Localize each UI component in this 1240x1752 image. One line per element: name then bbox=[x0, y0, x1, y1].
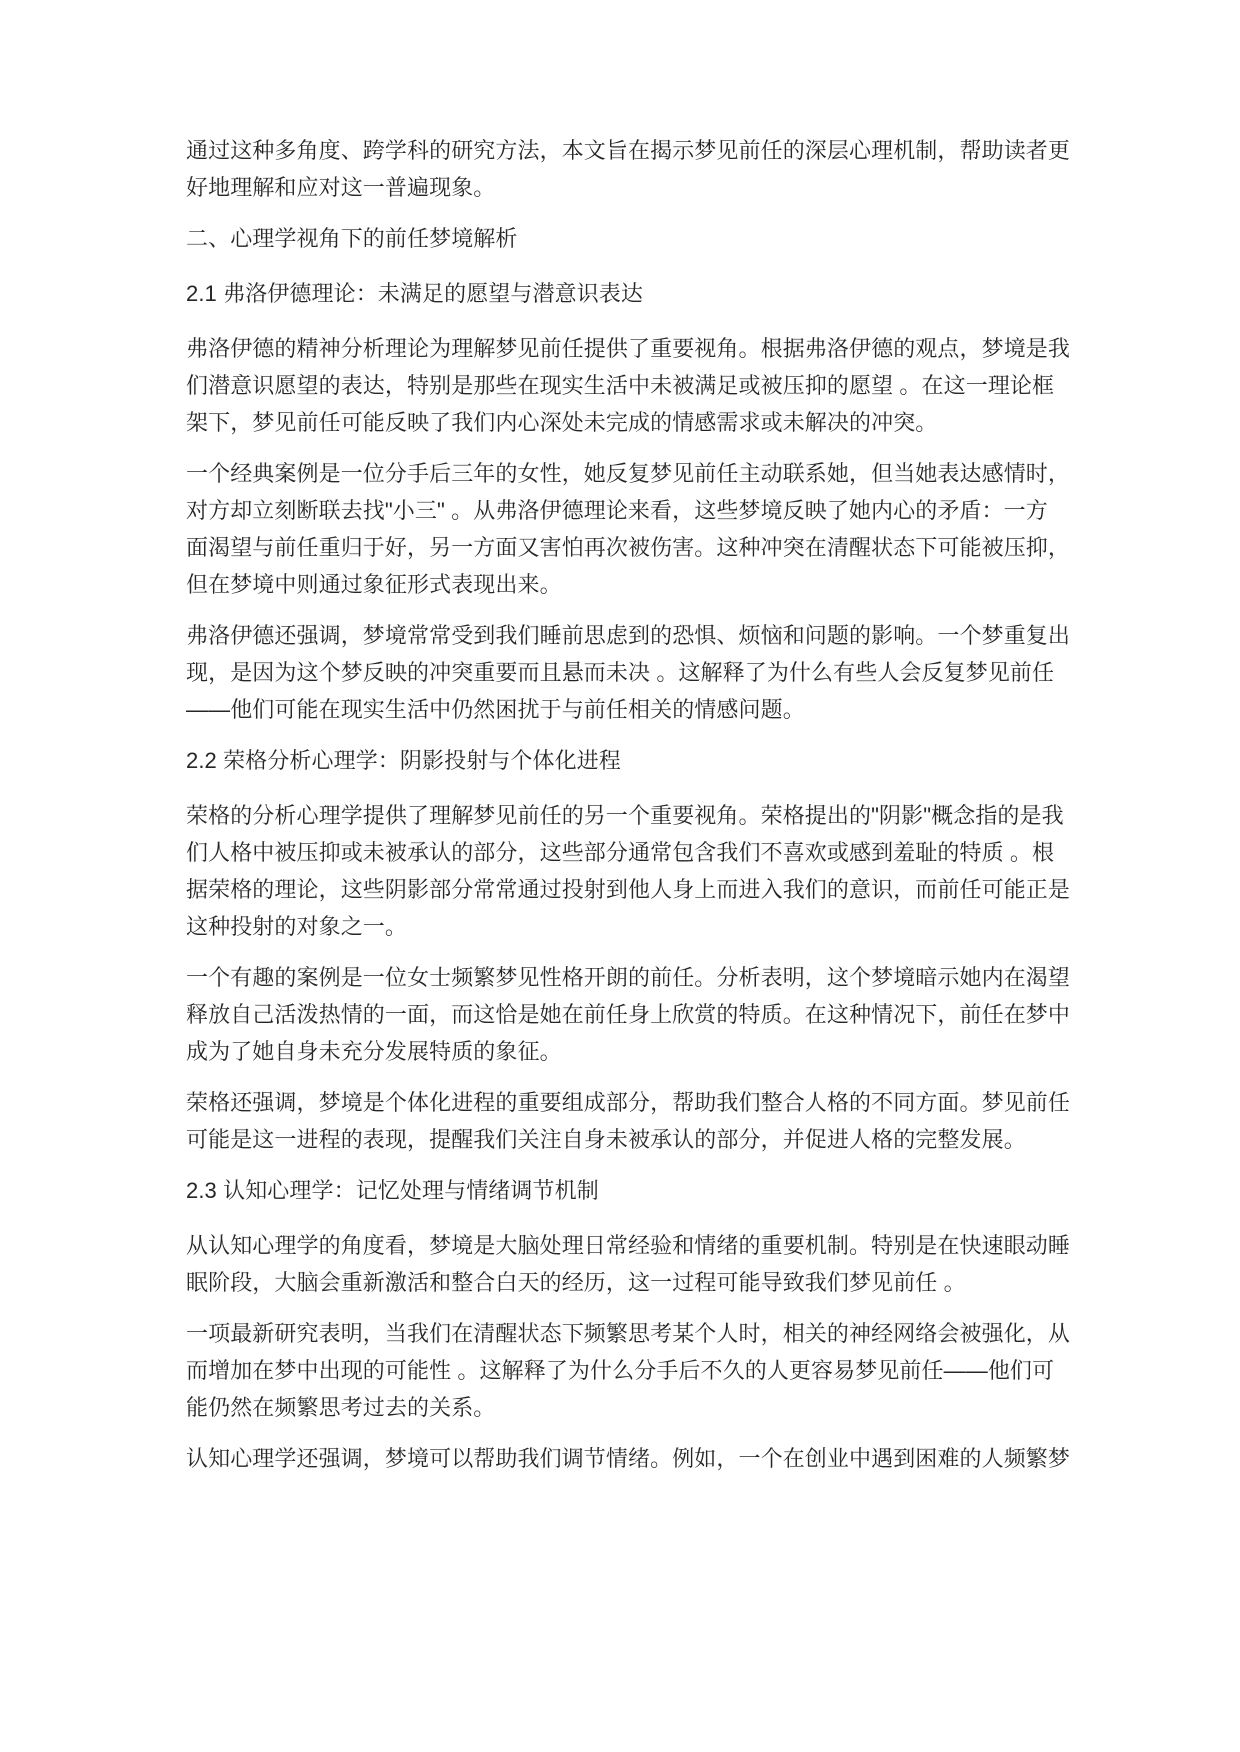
section-heading-2: 二、心理学视角下的前任梦境解析 bbox=[186, 220, 1072, 257]
paragraph-freud-theory: 弗洛伊德的精神分析理论为理解梦见前任提供了重要视角。根据弗洛伊德的观点，梦境是我… bbox=[186, 330, 1072, 441]
paragraph-intro-summary: 通过这种多角度、跨学科的研究方法，本文旨在揭示梦见前任的深层心理机制，帮助读者更… bbox=[186, 132, 1072, 206]
paragraph-jung-emphasis: 荣格还强调，梦境是个体化进程的重要组成部分，帮助我们整合人格的不同方面。梦见前任… bbox=[186, 1084, 1072, 1158]
paragraph-freud-emphasis: 弗洛伊德还强调，梦境常常受到我们睡前思虑到的恐惧、烦恼和问题的影响。一个梦重复出… bbox=[186, 617, 1072, 728]
paragraph-cognitive-research: 一项最新研究表明，当我们在清醒状态下频繁思考某个人时，相关的神经网络会被强化，从… bbox=[186, 1315, 1072, 1426]
document-page: 通过这种多角度、跨学科的研究方法，本文旨在揭示梦见前任的深层心理机制，帮助读者更… bbox=[0, 0, 1240, 1752]
subsection-heading-2-3: 2.3 认知心理学：记忆处理与情绪调节机制 bbox=[186, 1172, 1072, 1209]
document-body: 通过这种多角度、跨学科的研究方法，本文旨在揭示梦见前任的深层心理机制，帮助读者更… bbox=[186, 132, 1072, 1477]
paragraph-cognitive-emotion: 认知心理学还强调，梦境可以帮助我们调节情绪。例如，一个在创业中遇到困难的人频繁梦 bbox=[186, 1440, 1072, 1477]
paragraph-cognitive-theory: 从认知心理学的角度看，梦境是大脑处理日常经验和情绪的重要机制。特别是在快速眼动睡… bbox=[186, 1227, 1072, 1301]
subsection-heading-2-1: 2.1 弗洛伊德理论：未满足的愿望与潜意识表达 bbox=[186, 275, 1072, 312]
paragraph-freud-case: 一个经典案例是一位分手后三年的女性，她反复梦见前任主动联系她，但当她表达感情时，… bbox=[186, 455, 1072, 603]
subsection-heading-2-2: 2.2 荣格分析心理学：阴影投射与个体化进程 bbox=[186, 742, 1072, 779]
paragraph-jung-case: 一个有趣的案例是一位女士频繁梦见性格开朗的前任。分析表明，这个梦境暗示她内在渴望… bbox=[186, 959, 1072, 1070]
paragraph-jung-theory: 荣格的分析心理学提供了理解梦见前任的另一个重要视角。荣格提出的"阴影"概念指的是… bbox=[186, 797, 1072, 945]
